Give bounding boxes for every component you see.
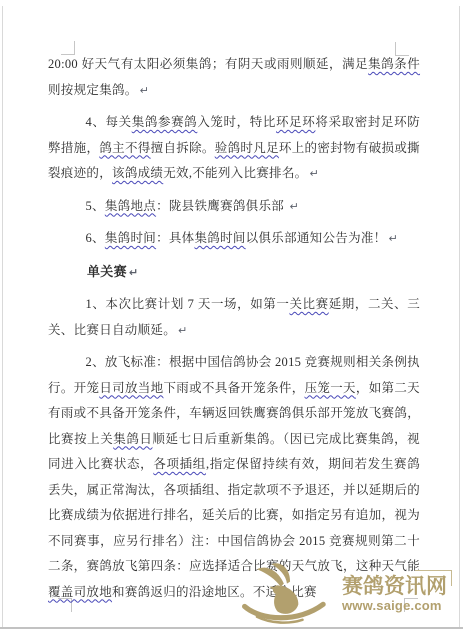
grammar-checked-phrase: 覆盖司放地 <box>48 585 112 599</box>
text-run: ,指定保留持续有效，期间若发生赛鸽丢失，属正常淘汰，各项插组、指定款项不予退还，… <box>48 457 420 573</box>
text-run: 1、本次比赛计划 7 天一场，如第一 <box>86 297 290 311</box>
pigeon-logo-icon <box>236 563 340 625</box>
paragraph: 4、每关集鸽参赛鸽入笼时，特比环足环将采取密封足环防弊措施，鸽主不得擅自拆除。验… <box>48 110 420 187</box>
text-run: 20:00 好天气有太阳必须集鸽；有阴天或雨则顺延，满足 <box>48 57 368 71</box>
text-run: 单关赛 <box>87 264 127 279</box>
document-body: 20:00 好天气有太阳必须集鸽；有阴天或雨则顺延，满足集鸽条件则按规定集鸽。↵… <box>48 52 420 612</box>
text-run: 无效,不能列入比赛排名。 <box>163 166 307 180</box>
document-page: 20:00 好天气有太阳必须集鸽；有阴天或雨则顺延，满足集鸽条件则按规定集鸽。↵… <box>0 0 463 640</box>
paragraph-mark-icon: ↵ <box>388 232 398 245</box>
text-run: 6、 <box>86 231 105 245</box>
paragraph-mark-icon: ↵ <box>140 84 150 97</box>
paragraph: 6、集鸽时间：具体集鸽时间以俱乐部通知公告为准！↵ <box>48 226 420 252</box>
page-right-edge <box>459 6 460 627</box>
section-heading: 单关赛↵ <box>48 259 420 286</box>
text-run: 5、 <box>86 199 105 213</box>
grammar-checked-phrase: 该鸽成绩 <box>112 166 163 180</box>
text-run: ：具体 <box>156 231 194 245</box>
watermark-corner-bracket <box>415 570 452 586</box>
watermark-text-block: 赛鸽资讯网 www.saige.com <box>342 575 447 613</box>
grammar-checked-phrase: 压笼一天 <box>305 381 356 395</box>
grammar-checked-phrase: 鸽主不得 <box>99 141 150 155</box>
page-left-edge <box>2 6 3 627</box>
paragraph-mark-icon: ↵ <box>129 266 139 279</box>
grammar-checked-phrase: 集鸽时间 <box>105 231 156 245</box>
grammar-checked-phrase: 集鸽日 <box>113 432 152 446</box>
text-run: ：陇县铁鹰赛鸽俱乐部 <box>156 199 287 213</box>
page-bottom-edge <box>0 627 463 629</box>
grammar-checked-phrase: 验鸽时凡足 <box>215 141 279 155</box>
site-watermark: 赛鸽资讯网 www.saige.com <box>236 562 456 626</box>
paragraph-mark-icon: ↵ <box>290 200 300 213</box>
paragraph-mark-icon: ↵ <box>309 167 319 180</box>
paragraph-mark-icon: ↵ <box>178 324 188 337</box>
grammar-checked-phrase: 各项插组 <box>153 457 206 471</box>
grammar-checked-phrase: 环足环 <box>276 115 315 129</box>
text-run: 擅自拆除。 <box>151 141 215 155</box>
text-run: 下雨或不具备开笼条件， <box>163 381 304 395</box>
paragraph: 1、本次比赛计划 7 天一场，如第一关比赛延期，二关、三关、比赛日自动顺延。↵ <box>48 292 420 343</box>
text-run: 入笼时，特比 <box>197 115 276 129</box>
grammar-checked-phrase: 集鸽地点 <box>105 199 156 213</box>
paragraph: 20:00 好天气有太阳必须集鸽；有阴天或雨则顺延，满足集鸽条件则按规定集鸽。↵ <box>48 52 420 103</box>
grammar-checked-phrase: 集鸽条件 <box>368 57 420 71</box>
text-run: 则按规定集鸽。 <box>48 83 138 97</box>
watermark-site-url: www.saige.com <box>342 599 447 613</box>
paragraph: 5、集鸽地点：陇县铁鹰赛鸽俱乐部 ↵ <box>48 194 420 220</box>
grammar-checked-phrase: 日司放当地 <box>99 381 163 395</box>
text-run: 以俱乐部通知公告为准！ <box>246 231 387 245</box>
text-run: 4、每关 <box>86 115 132 129</box>
grammar-checked-phrase: 集鸽参赛鸽 <box>132 115 198 129</box>
grammar-checked-phrase: 关比赛 <box>289 297 328 311</box>
grammar-checked-phrase: 集鸽时间 <box>194 231 245 245</box>
